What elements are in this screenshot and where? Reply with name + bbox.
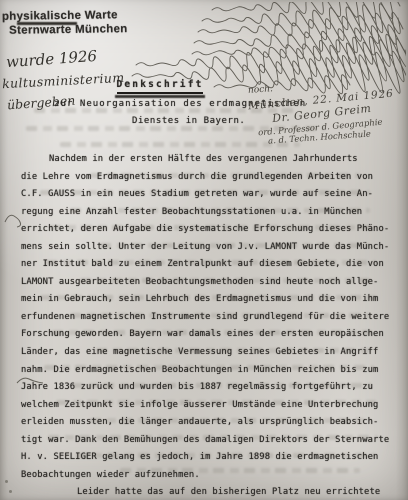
body-line-11: Forschung geworden. Bayern war damals ei…: [21, 326, 393, 344]
document-subtitle-line-2: Dienstes in Bayern.: [132, 116, 245, 126]
margin-note-line-2: kultusministerium: [2, 70, 125, 91]
body-line-5: errichtet, deren Aufgabe die systematisc…: [21, 221, 393, 239]
body-line-14: Jahre 1836 zurück und wurden bis 1887 re…: [21, 379, 393, 397]
bleed-through-line: [60, 142, 300, 147]
body-line-18: H. v. SEELIGER gelang es jedoch, im Jahr…: [21, 449, 393, 467]
body-line-16: erleiden mussten, die länger andauerte, …: [21, 414, 393, 432]
body-line-19: Beobachtungen wieder aufzunehmen.: [21, 467, 393, 485]
margin-note-line-1: wurde 1926: [5, 47, 97, 71]
title-underline-second: [115, 95, 205, 98]
body-line-4: regung eine Anzahl fester Beobachtungsst…: [21, 204, 393, 222]
body-line-2: die Lehre vom Erdmagnetismus durch die g…: [21, 169, 393, 187]
body-line-13: nahm. Die erdmagnetischen Beobachtungen …: [21, 362, 393, 380]
body-line-8: LAMONT ausgearbeiteten Beobachtungsmetho…: [21, 274, 393, 292]
handwritten-word: noch.: [248, 84, 274, 96]
body-line-6: mens sein sollte. Unter der Leitung von …: [21, 239, 393, 257]
title-underline: [117, 92, 203, 94]
body-text: Nachdem in der ersten Hälfte des vergang…: [21, 151, 393, 500]
body-line-17: tigt war. Dank den Bemühungen des damali…: [21, 432, 393, 450]
document-title: Denkschrift: [108, 79, 212, 90]
scanned-document-page: physikalische Warte Sternwarte München w…: [0, 0, 408, 500]
body-line-15: welchem Zeitpunkt sie infolge äusserer U…: [21, 397, 393, 415]
body-line-9: mein in Gebrauch, sein Lehrbuch des Erdm…: [21, 291, 393, 309]
stamp-underline: [17, 22, 77, 25]
body-line-3: C.F. GAUSS in ein neues Stadium getreten…: [21, 186, 393, 204]
body-line-20: Leider hatte das auf den bisherigen Plat…: [21, 484, 393, 500]
body-line-1: Nachdem in der ersten Hälfte des vergang…: [21, 151, 393, 169]
body-line-7: ner Institut bald zu einem Zentralpunkt …: [21, 256, 393, 274]
body-line-12: Länder, das eine magnetische Vermessung …: [21, 344, 393, 362]
pencil-dots: [5, 480, 8, 483]
body-line-10: erfundenen magnetischen Instrumente sind…: [21, 309, 393, 327]
